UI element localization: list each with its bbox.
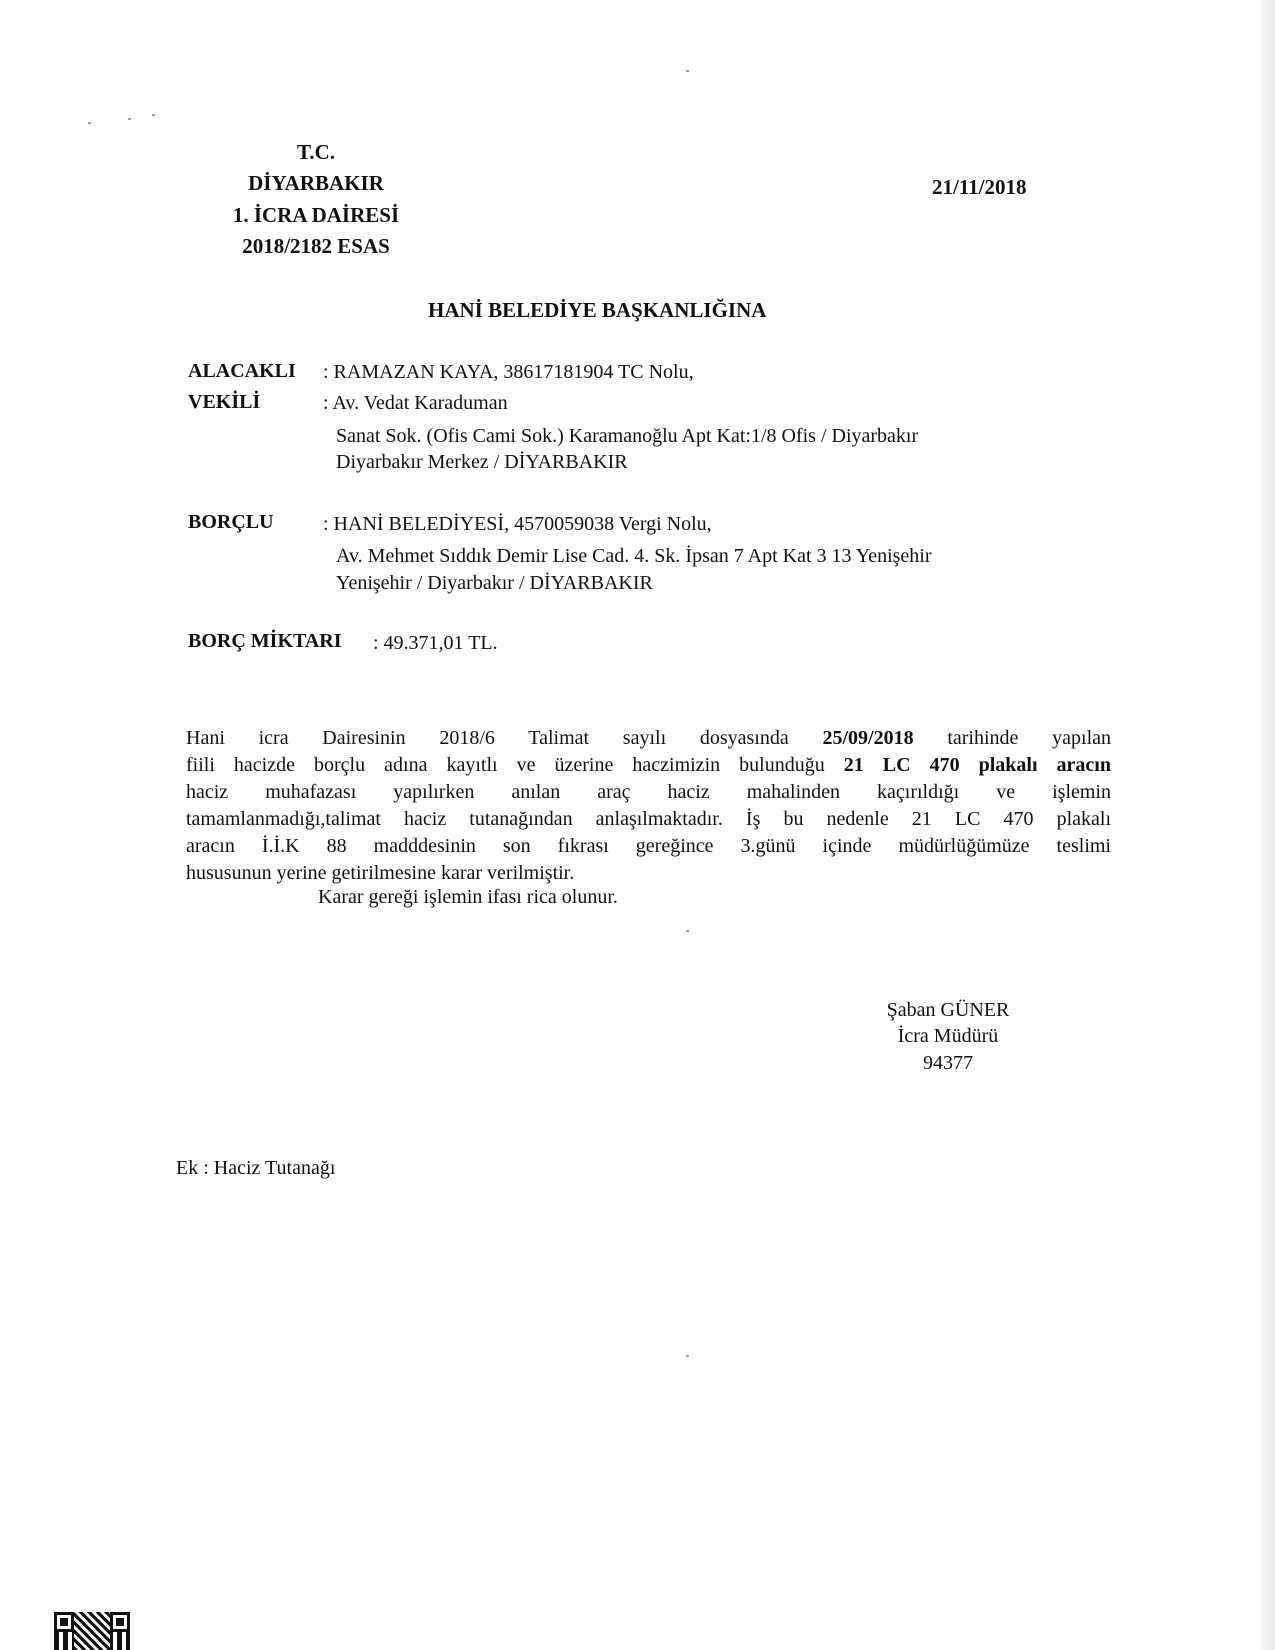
vehicle-plate: 21 LC 470 plakalı aracın	[844, 754, 1111, 776]
body-line: tamamlanmadığı,talimat haciz tutanağında…	[186, 806, 1111, 833]
vekili-label: VEKİLİ	[188, 391, 260, 414]
borc-miktari-value: : 49.371,01 TL.	[373, 632, 498, 655]
signatory-name: Şaban GÜNER	[848, 999, 1048, 1022]
body-line: fiili hacizde borçlu adına kayıtlı ve üz…	[186, 752, 1111, 779]
borclu-value: : HANİ BELEDİYESİ, 4570059038 Vergi Nolu…	[323, 513, 712, 536]
header-case-number: 2018/2182 ESAS	[196, 234, 436, 259]
scan-speck	[686, 1355, 689, 1357]
scan-speck	[686, 70, 689, 72]
signatory-title: İcra Müdürü	[848, 1025, 1048, 1048]
body-line: Hani icra Dairesinin 2018/6 Talimat sayı…	[186, 725, 1111, 752]
closing-line: Karar gereği işlemin ifası rica olunur.	[318, 886, 618, 909]
attachment-note: Ek : Haciz Tutanağı	[176, 1157, 335, 1180]
qr-code	[54, 1612, 130, 1650]
header-city: DİYARBAKIR	[196, 171, 436, 196]
document-date: 21/11/2018	[932, 175, 1027, 200]
scan-speck	[686, 930, 689, 932]
borclu-address-line1: Av. Mehmet Sıddık Demir Lise Cad. 4. Sk.…	[336, 545, 932, 568]
scan-speck	[128, 118, 131, 120]
scan-speck	[152, 114, 155, 116]
vekili-address-line2: Diyarbakır Merkez / DİYARBAKIR	[336, 451, 628, 474]
borclu-label: BORÇLU	[188, 511, 274, 534]
borc-miktari-label: BORÇ MİKTARI	[188, 630, 342, 653]
body-line: haciz muhafazası yapılırken anılan araç …	[186, 779, 1111, 806]
addressee-title: HANİ BELEDİYE BAŞKANLIĞINA	[428, 298, 766, 323]
body-paragraph: Hani icra Dairesinin 2018/6 Talimat sayı…	[186, 725, 1111, 887]
scan-edge	[1261, 0, 1275, 1650]
body-line: aracın İ.İ.K 88 madddesinin son fıkrası …	[186, 833, 1111, 860]
alacakli-value: : RAMAZAN KAYA, 38617181904 TC Nolu,	[323, 361, 694, 384]
vekili-address-line1: Sanat Sok. (Ofis Cami Sok.) Karamanoğlu …	[336, 425, 918, 448]
alacakli-label: ALACAKLI	[188, 360, 296, 383]
scan-speck	[88, 122, 91, 124]
vekili-value: : Av. Vedat Karaduman	[323, 392, 508, 415]
body-line: hususunun yerine getirilmesine karar ver…	[186, 860, 1111, 887]
seizure-date: 25/09/2018	[822, 727, 913, 749]
header-office: 1. İCRA DAİRESİ	[196, 203, 436, 228]
header-tc: T.C.	[196, 140, 436, 165]
document-page: T.C. DİYARBAKIR 1. İCRA DAİRESİ 2018/218…	[0, 0, 1275, 1650]
borclu-address-line2: Yenişehir / Diyarbakır / DİYARBAKIR	[336, 572, 653, 595]
signatory-number: 94377	[848, 1052, 1048, 1075]
